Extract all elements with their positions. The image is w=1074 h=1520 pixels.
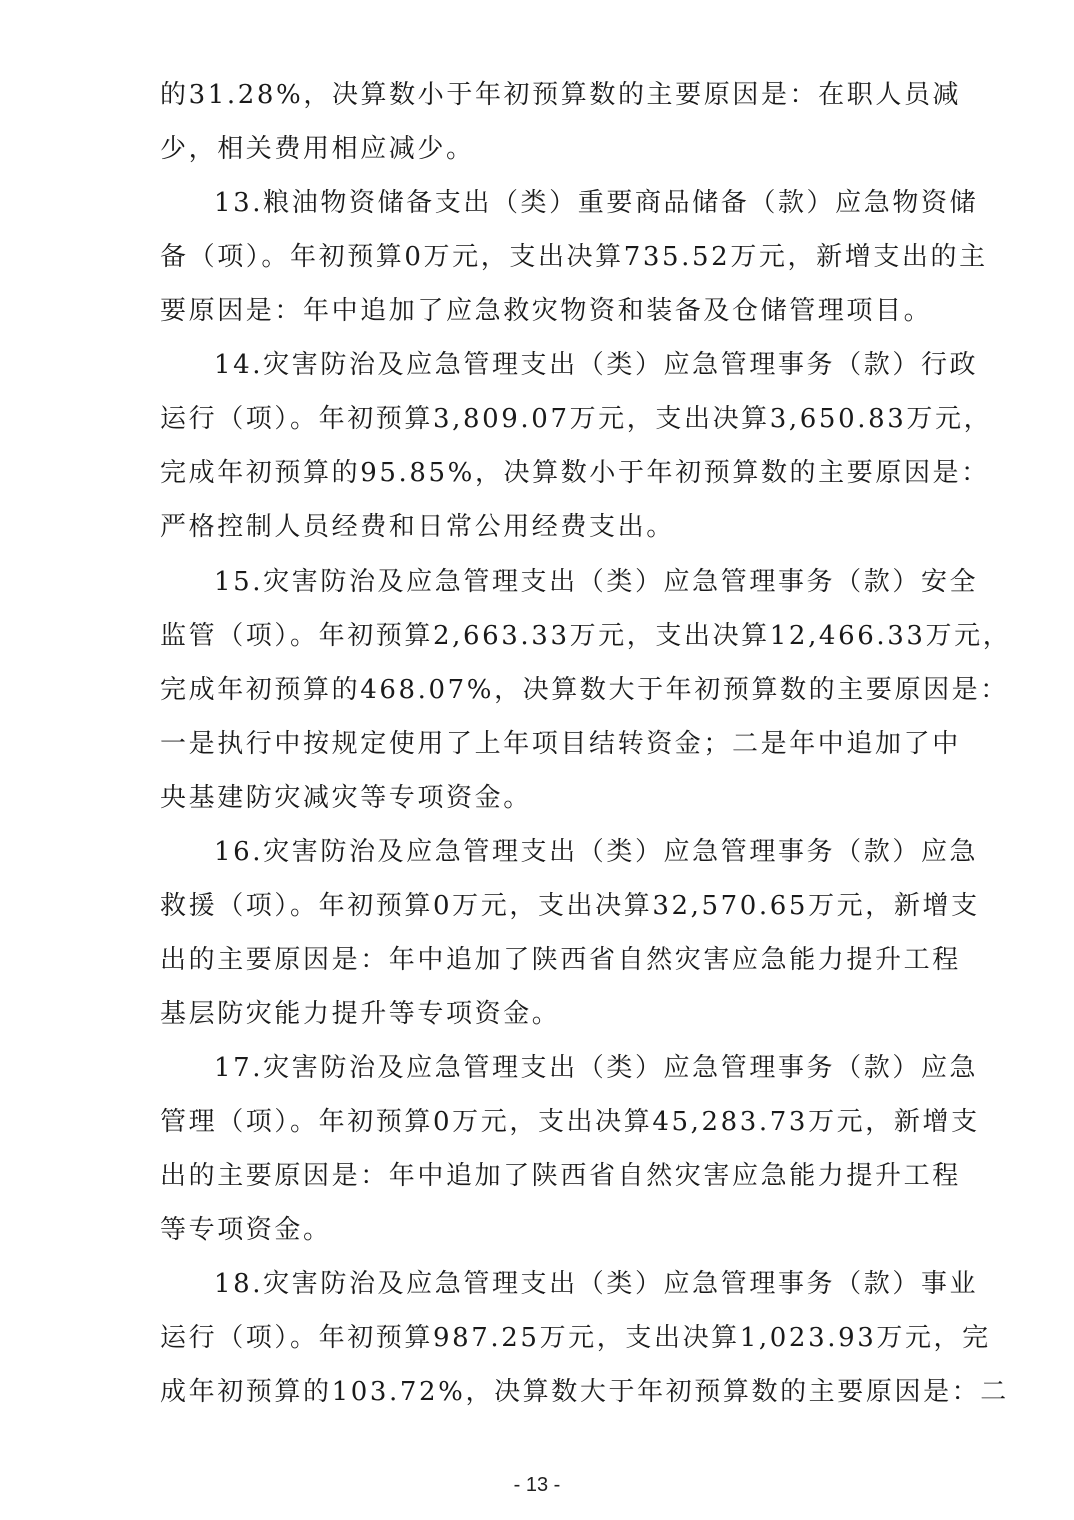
paragraph-14-line-2: 运行（项）。年初预算3,809.07万元，支出决算3,650.83万元， <box>160 392 930 446</box>
paragraph-15-line-4: 一是执行中按规定使用了上年项目结转资金；二是年中追加了中 <box>160 717 930 771</box>
paragraph-17-line-1: 17.灾害防治及应急管理支出（类）应急管理事务（款）应急 <box>214 1041 930 1095</box>
paragraph-13-line-1: 13.粮油物资储备支出（类）重要商品储备（款）应急物资储 <box>214 176 930 230</box>
paragraph-17-line-4: 等专项资金。 <box>160 1203 930 1257</box>
paragraph-16-line-4: 基层防灾能力提升等专项资金。 <box>160 987 930 1041</box>
paragraph-15-line-5: 央基建防灾减灾等专项资金。 <box>160 771 930 825</box>
paragraph-15-line-2: 监管（项）。年初预算2,663.33万元，支出决算12,466.33万元， <box>160 609 930 663</box>
paragraph-17-line-2: 管理（项）。年初预算0万元，支出决算45,283.73万元，新增支 <box>160 1095 930 1149</box>
paragraph-13-line-3: 要原因是：年中追加了应急救灾物资和装备及仓储管理项目。 <box>160 284 930 338</box>
paragraph-18-line-1: 18.灾害防治及应急管理支出（类）应急管理事务（款）事业 <box>214 1257 930 1311</box>
paragraph-13-line-2: 备（项）。年初预算0万元，支出决算735.52万元，新增支出的主 <box>160 230 930 284</box>
paragraph-16-line-3: 出的主要原因是：年中追加了陕西省自然灾害应急能力提升工程 <box>160 933 930 987</box>
paragraph-18-line-2: 运行（项）。年初预算987.25万元，支出决算1,023.93万元，完 <box>160 1311 930 1365</box>
paragraph-12-line-1: 的31.28%，决算数小于年初预算数的主要原因是：在职人员减 <box>160 68 930 122</box>
paragraph-12-line-2: 少，相关费用相应减少。 <box>160 122 930 176</box>
paragraph-17-line-3: 出的主要原因是：年中追加了陕西省自然灾害应急能力提升工程 <box>160 1149 930 1203</box>
paragraph-15-line-3: 完成年初预算的468.07%，决算数大于年初预算数的主要原因是： <box>160 663 930 717</box>
paragraph-14-line-4: 严格控制人员经费和日常公用经费支出。 <box>160 500 930 554</box>
paragraph-14-line-3: 完成年初预算的95.85%，决算数小于年初预算数的主要原因是： <box>160 446 930 500</box>
paragraph-16-line-1: 16.灾害防治及应急管理支出（类）应急管理事务（款）应急 <box>214 825 930 879</box>
paragraph-18-line-3: 成年初预算的103.72%，决算数大于年初预算数的主要原因是：二 <box>160 1365 930 1419</box>
page-number: - 13 - <box>0 1474 1074 1497</box>
paragraph-14-line-1: 14.灾害防治及应急管理支出（类）应急管理事务（款）行政 <box>214 338 930 392</box>
paragraph-16-line-2: 救援（项）。年初预算0万元，支出决算32,570.65万元，新增支 <box>160 879 930 933</box>
paragraph-15-line-1: 15.灾害防治及应急管理支出（类）应急管理事务（款）安全 <box>214 555 930 609</box>
